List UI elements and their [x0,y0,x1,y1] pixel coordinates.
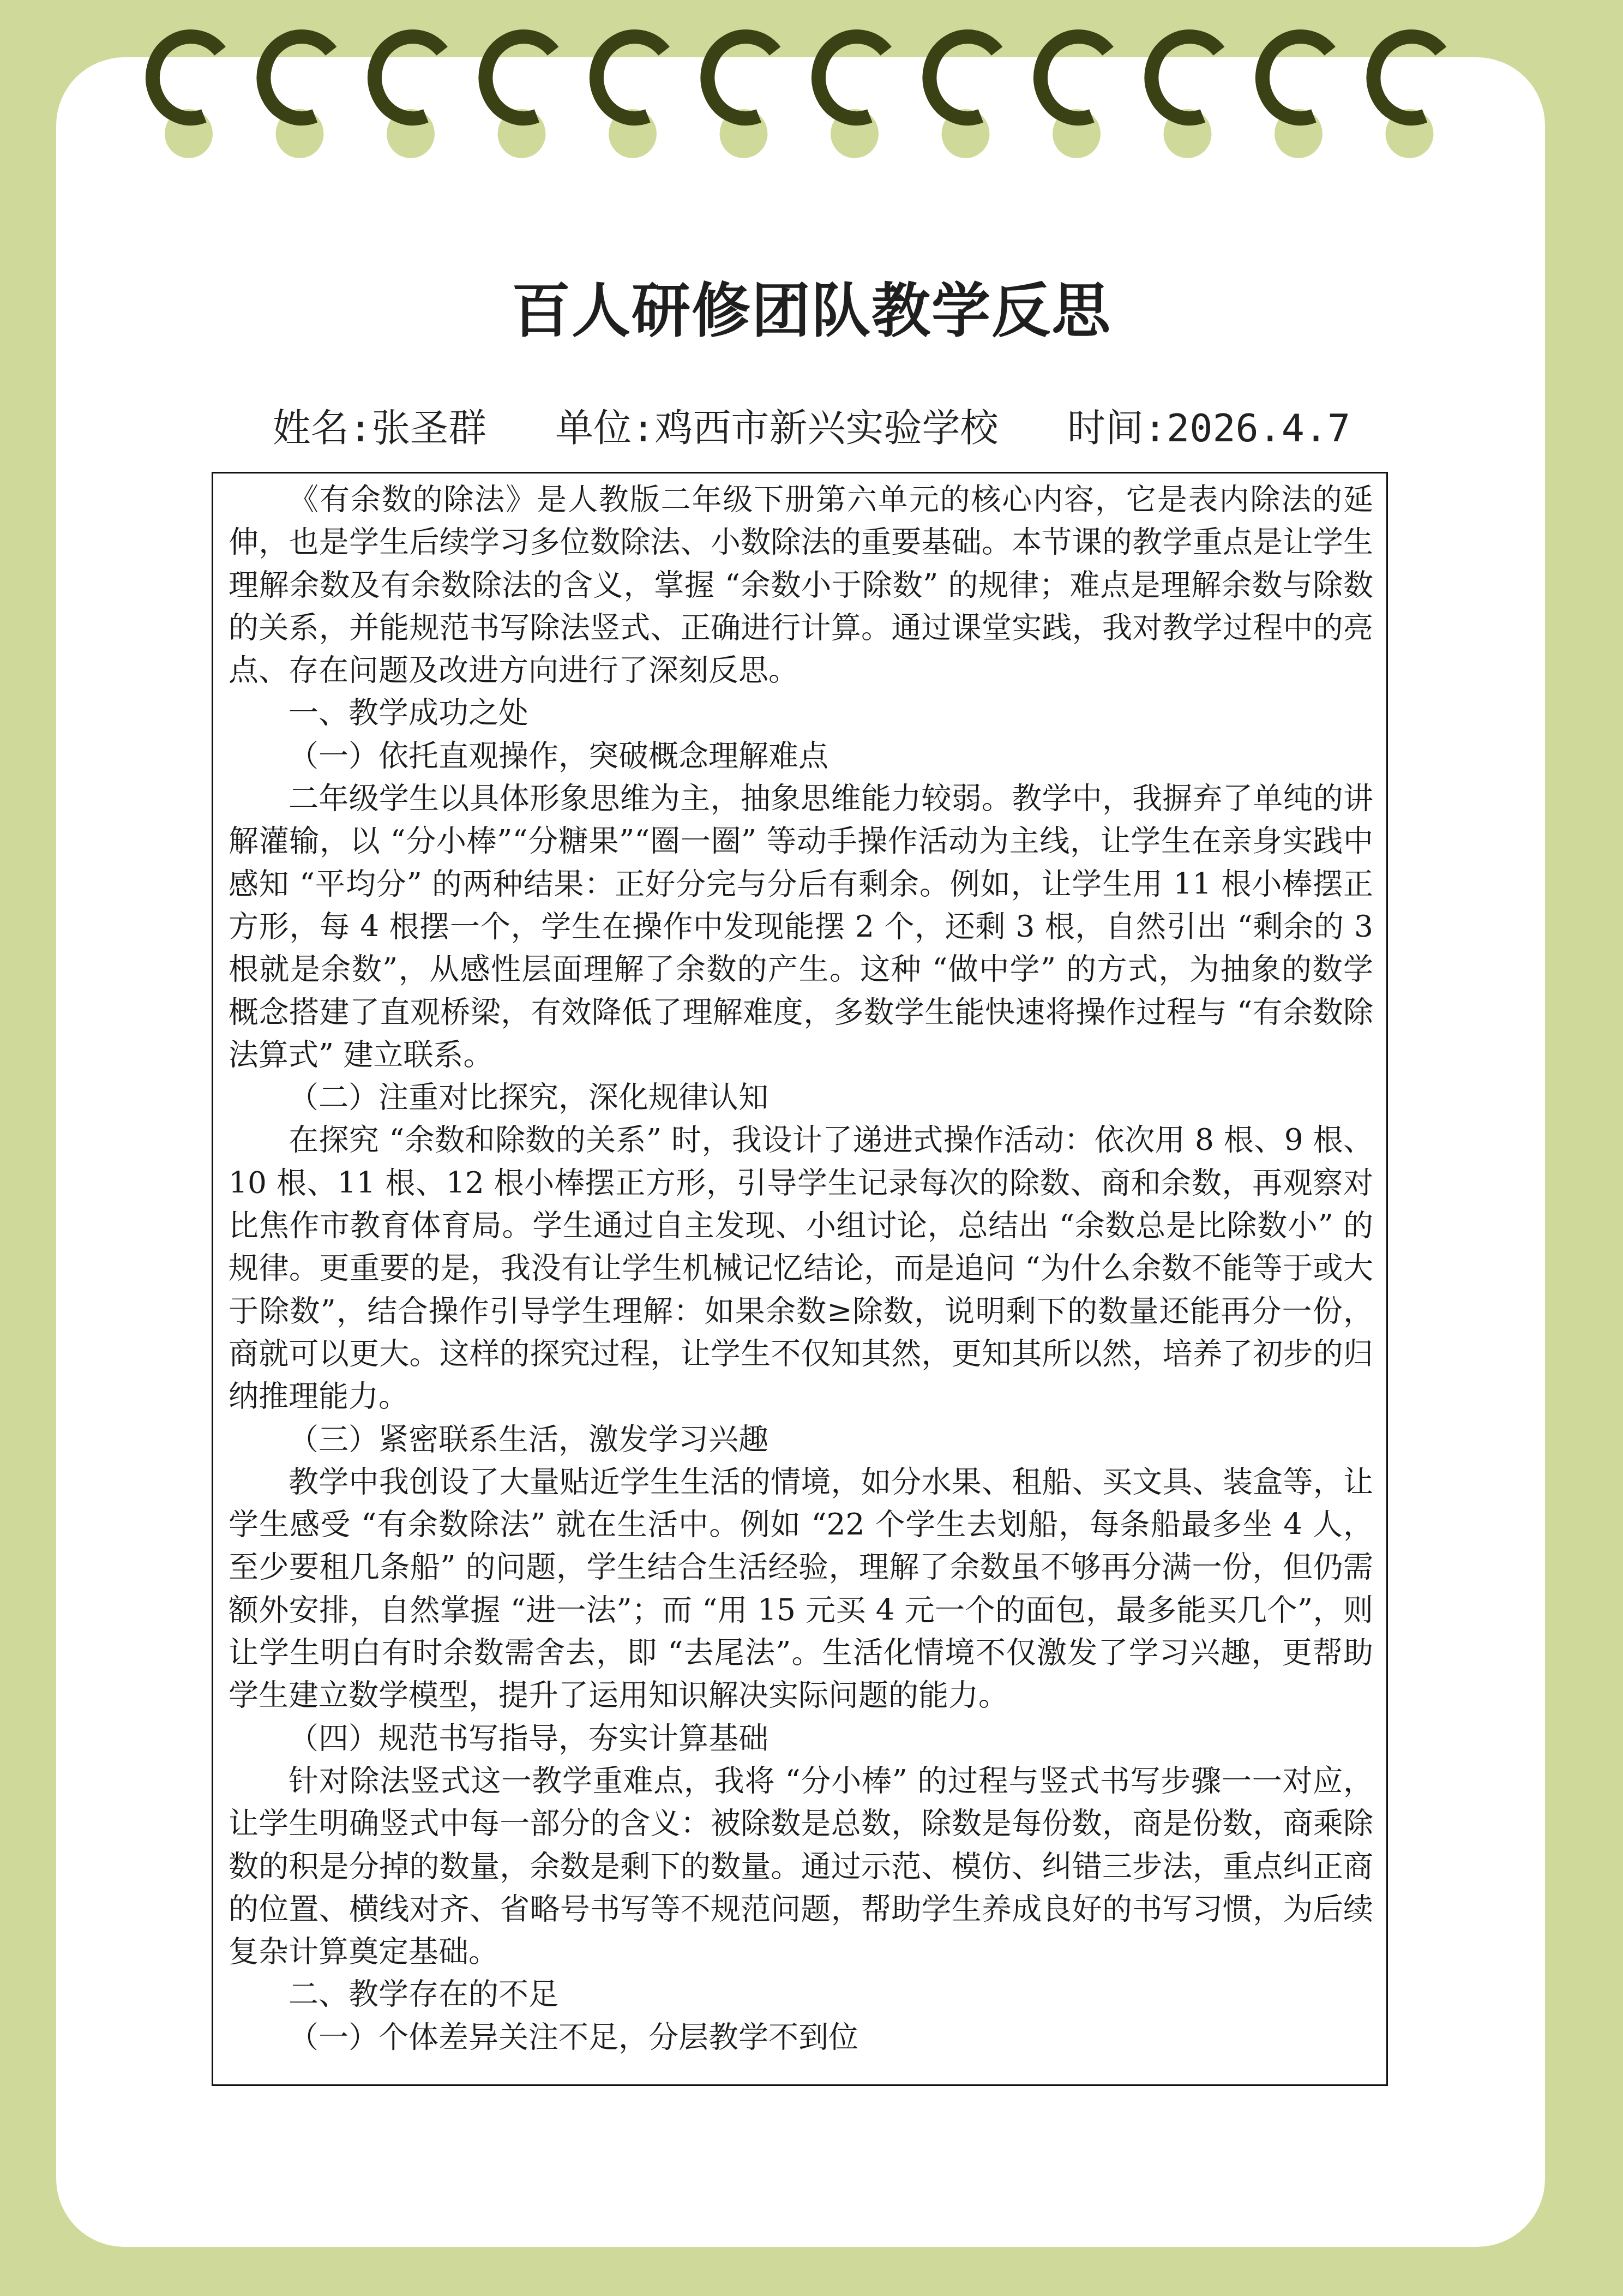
unit-label: 单位: [555,406,654,451]
binding-ring-icon [1373,37,1441,158]
binding-ring-icon [486,37,554,158]
page-title: 百人研修团队教学反思 [0,275,1623,346]
author-info-line: 姓名:张圣群 单位:鸡西市新兴实验学校 时间:2026.4.7 [0,404,1623,453]
subsection-heading: （三）紧密联系生活，激发学习兴趣 [229,1418,1373,1460]
body-paragraph: 教学中我创设了大量贴近学生生活的情境，如分水果、租船、买文具、装盒等，让学生感受… [229,1460,1373,1717]
subsection-heading: （一）个体差异关注不足，分层教学不到位 [229,2016,1373,2058]
reflection-text-box: 《有余数的除法》是人教版二年级下册第六单元的核心内容，它是表内除法的延伸，也是学… [212,472,1388,2086]
author-unit: 鸡西市新兴实验学校 [655,406,999,451]
binding-ring-icon [819,37,886,158]
body-paragraph: 在探究 “余数和除数的关系” 时，我设计了递进式操作活动：依次用 8 根、9 根… [229,1118,1373,1417]
date-label: 时间: [1067,406,1167,451]
spiral-binding [0,0,1623,175]
binding-ring-icon [930,37,997,158]
subsection-heading: （一）依托直观操作，突破概念理解难点 [229,734,1373,777]
body-paragraph: 二年级学生以具体形象思维为主，抽象思维能力较弱。教学中，我摒弃了单纯的讲解灌输，… [229,777,1373,1076]
binding-ring-icon [1041,37,1108,158]
name-label: 姓名: [273,406,372,451]
section-heading: 一、教学成功之处 [229,691,1373,734]
author-name: 张圣群 [372,406,486,451]
binding-ring-icon [1152,37,1219,158]
subsection-heading: （四）规范书写指导，夯实计算基础 [229,1717,1373,1759]
binding-ring-icon [708,37,776,158]
section-heading: 二、教学存在的不足 [229,1973,1373,2015]
binding-ring-icon [263,37,331,158]
body-paragraph: 《有余数的除法》是人教版二年级下册第六单元的核心内容，它是表内除法的延伸，也是学… [229,478,1373,691]
binding-ring-icon [1263,37,1330,158]
binding-ring-icon [153,37,220,158]
binding-ring-icon [597,37,664,158]
subsection-heading: （二）注重对比探究，深化规律认知 [229,1076,1373,1118]
binding-ring-icon [375,37,442,158]
body-paragraph: 针对除法竖式这一教学重难点，我将 “分小棒” 的过程与竖式书写步骤一一对应，让学… [229,1759,1373,1973]
date-value: 2026.4.7 [1167,406,1350,451]
